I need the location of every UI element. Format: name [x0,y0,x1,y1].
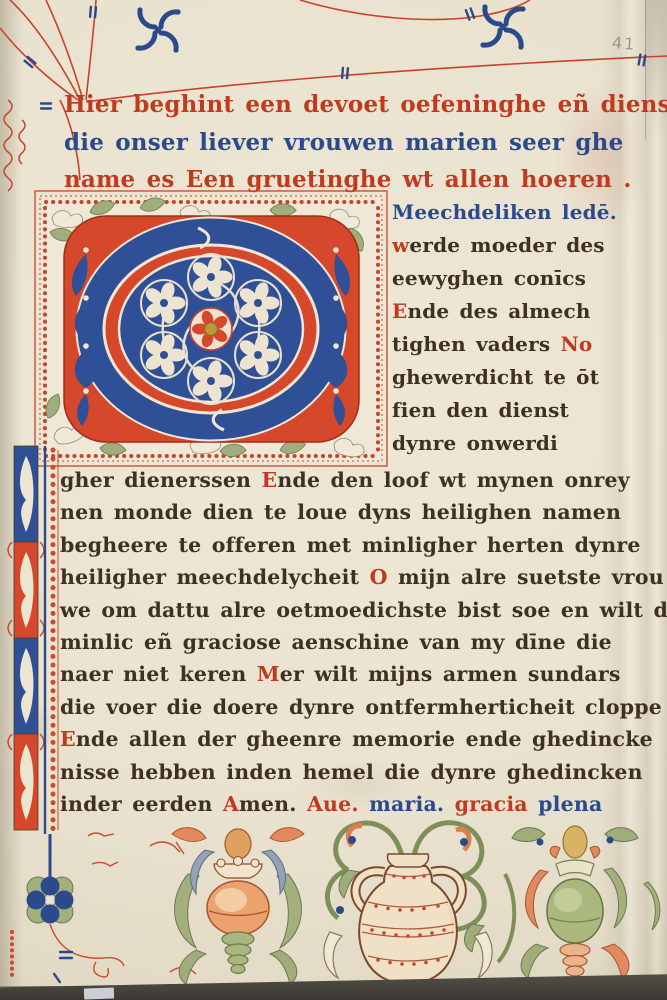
text-run: begheere te offeren met minligher herten… [60,533,641,557]
margin-penwork [4,100,25,191]
quatrefoil-flower-icon [27,834,74,924]
pinwheel-icon [135,7,180,52]
text-line: eewyghen conīcs [392,262,630,295]
amphora-vase [324,823,492,991]
text-run: die onser liever vrouwen marien seer ghe [64,129,623,156]
text-run: dynre onwerdi [392,431,558,455]
body-text-block: gher dienerssen Ende den loof wt mynen o… [60,464,638,820]
manuscript-photo: 41 Hier beghint een devoet oefeninghe eñ… [0,0,667,1000]
text-line: die voer die doere dynre ontfermhertiche… [60,691,638,723]
text-line: Ende allen der gheenre memorie ende ghed… [60,723,638,755]
text-line: Ende des almech [392,295,630,328]
text-line: werde moeder des [392,229,630,262]
text-run: E [262,468,278,492]
text-run: tighen vaders [392,332,560,356]
illuminated-initial-O [30,188,392,470]
text-run: No [560,332,592,356]
left-bar-border [6,446,64,838]
text-line: heiligher meechdelycheit O mijn alre sue… [60,561,638,593]
text-line: nen monde dien te loue dyns heilighen na… [60,496,638,528]
text-line: die onser liever vrouwen marien seer ghe [64,124,624,162]
text-line: Meechdeliken ledē. [392,196,630,229]
text-run: E [392,299,407,323]
central-rosette [190,308,232,350]
bottom-border [0,812,667,990]
text-run: eewyghen conīcs [392,266,586,290]
text-run: we om dattu alre oetmoedichste bist soe … [60,598,667,622]
text-run: gher dienerssen [60,468,262,492]
text-line: naer niet keren Mer wilt mijns armen sun… [60,658,638,690]
text-line: gher dienerssen Ende den loof wt mynen o… [60,464,638,496]
text-run: nde des almech [407,299,590,323]
rubric-block: Hier beghint een devoet oefeninghe eñ di… [64,86,624,199]
text-line: tighen vaders No [392,328,630,361]
text-run: erde moeder des [409,233,604,257]
text-line: Hier beghint een devoet oefeninghe eñ di… [64,86,624,124]
text-line: we om dattu alre oetmoedichste bist soe … [60,594,638,626]
text-line: nisse hebben inden hemel die dynre ghedi… [60,756,638,788]
text-line: fien den dienst [392,394,630,427]
text-run: naer niet keren [60,662,257,686]
text-run: heiligher meechdelycheit [60,565,370,589]
small-label-tag [84,987,114,999]
text-run: fien den dienst [392,398,569,422]
text-line: minlic eñ graciose aenschine van my dīne… [60,626,638,658]
right-vase [498,826,660,984]
text-line: begheere te offeren met minligher herten… [60,529,638,561]
text-line: dynre onwerdi [392,427,630,460]
text-run: Meechdeliken ledē. [392,200,617,224]
text-run: Hier beghint een devoet oefeninghe eñ di… [64,91,667,118]
text-run: mijn alre suetste vrou [388,565,664,589]
text-run: O [370,565,388,589]
text-run: ghewerdicht te ōt [392,365,599,389]
text-run: nde den loof wt mynen onrey [277,468,630,492]
folio-number: 41 [611,33,637,54]
text-run: nde allen der gheenre memorie ende ghedi… [76,727,653,751]
column-text-block: Meechdeliken ledē.werde moeder deseewygh… [392,196,630,460]
text-run: er wilt mijns armen sundars [280,662,621,686]
text-run: w [392,233,409,257]
text-run: nen monde dien te loue dyns heilighen na… [60,500,621,524]
left-vase [172,828,304,984]
text-line: ghewerdicht te ōt [392,361,630,394]
text-run: die voer die doere dynre ontfermhertiche… [60,695,662,719]
blue-hash-marks [54,952,72,982]
text-run: nisse hebben inden hemel die dynre ghedi… [60,760,643,784]
text-run: minlic eñ graciose aenschine van my dīne… [60,630,612,654]
text-run: M [257,662,280,686]
